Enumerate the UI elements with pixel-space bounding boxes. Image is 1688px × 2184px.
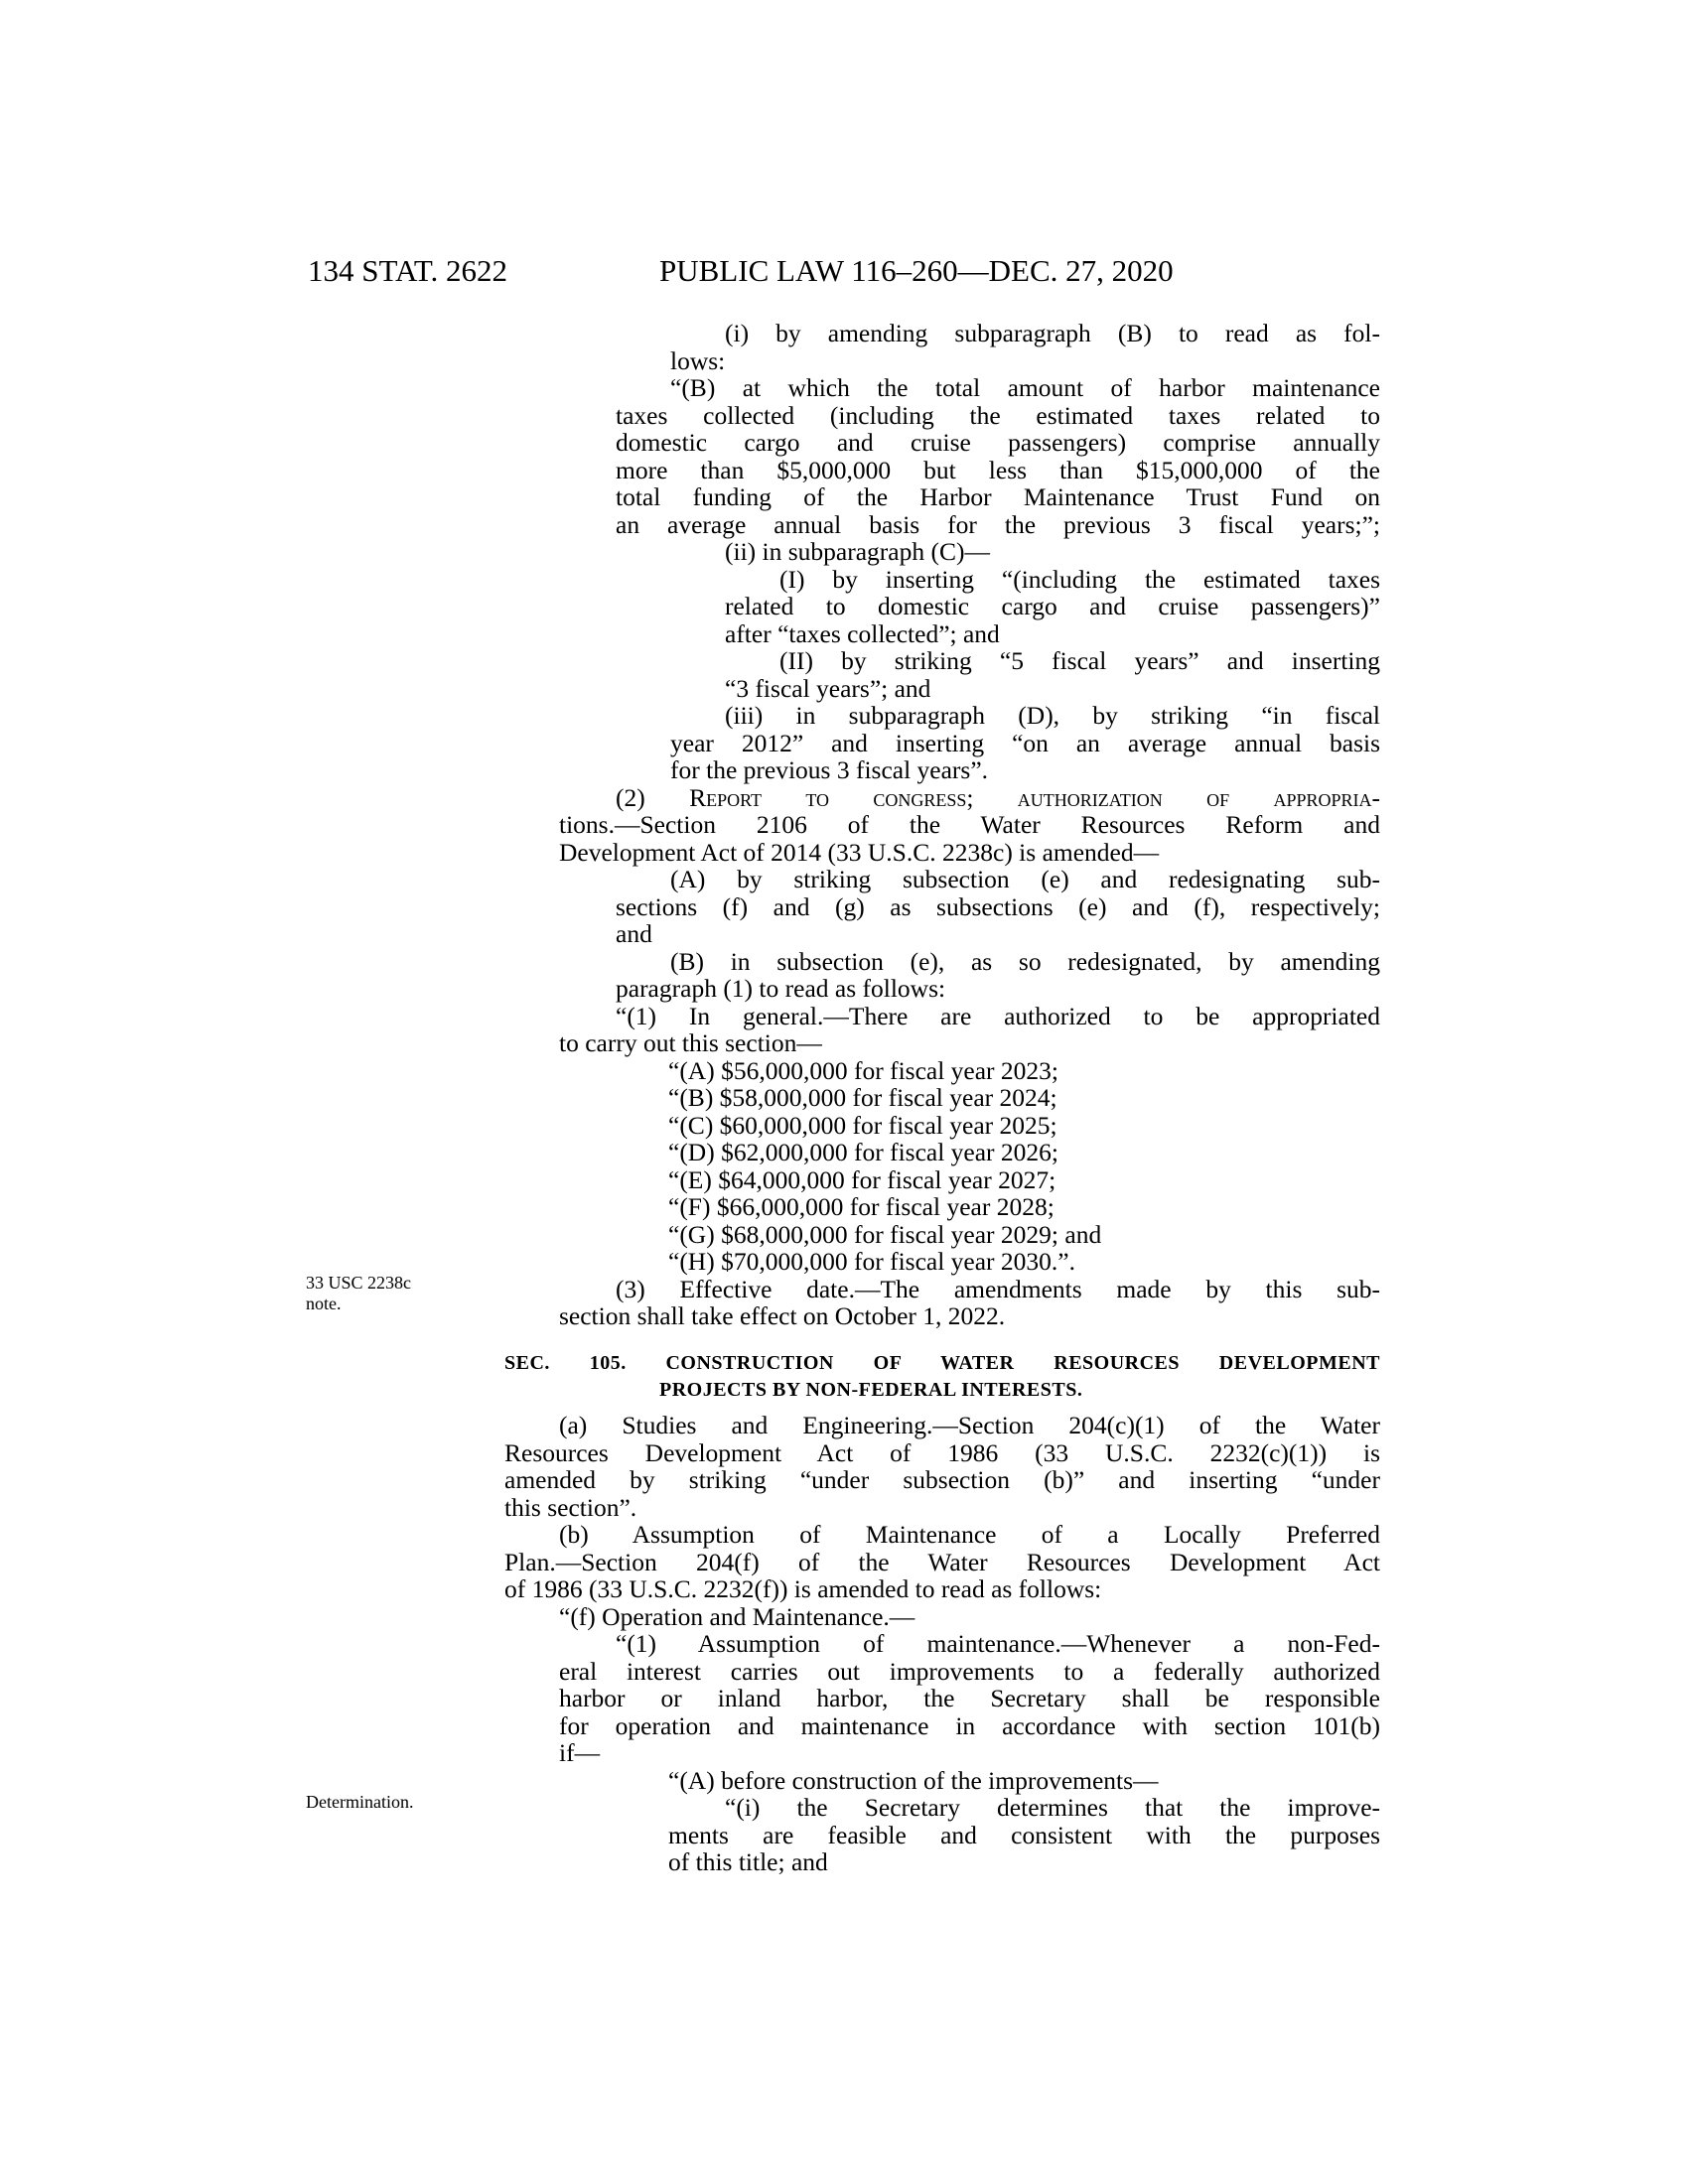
text-line: (a) Studies and Engineering.—Section 204…	[559, 1412, 1380, 1439]
section-heading-line2: PROJECTS BY NON-FEDERAL INTERESTS.	[659, 1377, 1082, 1405]
text-line: “(C) $60,000,000 for fiscal year 2025;	[668, 1112, 1057, 1140]
text-line: ments are feasible and consistent with t…	[668, 1822, 1380, 1849]
text-line: (II) by striking “5 fiscal years” and in…	[779, 647, 1380, 675]
text-line: “3 fiscal years”; and	[725, 675, 930, 703]
text-line: for operation and maintenance in accorda…	[559, 1712, 1380, 1740]
text-line: related to domestic cargo and cruise pas…	[725, 593, 1380, 620]
text-line: year 2012” and inserting “on an average …	[670, 730, 1380, 757]
text-line: Resources Development Act of 1986 (33 U.…	[504, 1439, 1380, 1467]
text-line: section shall take effect on October 1, …	[559, 1302, 1005, 1330]
text-line: Development Act of 2014 (33 U.S.C. 2238c…	[559, 839, 1159, 867]
text-line: domestic cargo and cruise passengers) co…	[616, 429, 1380, 457]
stat-page-reference: 134 STAT. 2622	[308, 254, 507, 288]
margin-note-usc: 33 USC 2238c note.	[306, 1273, 411, 1314]
text-line: amended by striking “under subsection (b…	[504, 1466, 1380, 1494]
text-line: “(H) $70,000,000 for fiscal year 2030.”.	[668, 1248, 1075, 1276]
text-line: (iii) in subparagraph (D), by striking “…	[725, 702, 1380, 730]
text-line: (I) by inserting “(including the estimat…	[779, 566, 1380, 594]
text-line: for the previous 3 fiscal years”.	[670, 756, 988, 784]
text-line: an average annual basis for the previous…	[616, 511, 1380, 539]
margin-note-determination: Determination.	[306, 1792, 413, 1813]
text-line: to carry out this section—	[559, 1029, 822, 1057]
text-line: lows:	[670, 347, 725, 375]
text-line: taxes collected (including the estimated…	[616, 402, 1380, 430]
text-line: of this title; and	[668, 1848, 828, 1876]
text-line: “(B) $58,000,000 for fiscal year 2024;	[668, 1084, 1057, 1112]
text-line: eral interest carries out improvements t…	[559, 1658, 1380, 1686]
text-line: “(D) $62,000,000 for fiscal year 2026;	[668, 1139, 1058, 1166]
text-line: (B) in subsection (e), as so redesignate…	[670, 948, 1380, 976]
text-line: Plan.—Section 204(f) of the Water Resour…	[504, 1549, 1380, 1576]
text-line: of 1986 (33 U.S.C. 2232(f)) is amended t…	[504, 1575, 1101, 1603]
text-line: “(B) at which the total amount of harbor…	[670, 374, 1380, 402]
text-line: sections (f) and (g) as subsections (e) …	[616, 893, 1380, 921]
text-line: if—	[559, 1739, 600, 1767]
text-line: “(i) the Secretary determines that the i…	[725, 1794, 1380, 1822]
text-line: (i) by amending subparagraph (B) to read…	[725, 320, 1380, 347]
text-line: “(1) Assumption of maintenance.—Whenever…	[616, 1630, 1380, 1658]
text-line: “(1) In general.—There are authorized to…	[616, 1003, 1380, 1030]
margin-note-usc-line1: 33 USC 2238c	[306, 1273, 411, 1294]
text-line: (2) Report to congress; authorization of…	[616, 784, 1380, 812]
text-line: total funding of the Harbor Maintenance …	[616, 483, 1380, 511]
text-line: paragraph (1) to read as follows:	[616, 975, 945, 1003]
text-line: this section”.	[504, 1494, 636, 1522]
text-line: “(F) $66,000,000 for fiscal year 2028;	[668, 1193, 1055, 1221]
text-line: more than $5,000,000 but less than $15,0…	[616, 457, 1380, 484]
text-line: tions.—Section 2106 of the Water Resourc…	[559, 811, 1380, 839]
text-line: “(E) $64,000,000 for fiscal year 2027;	[668, 1166, 1055, 1194]
text-line: after “taxes collected”; and	[725, 620, 1000, 648]
text-line: “(f) Operation and Maintenance.—	[559, 1603, 914, 1631]
text-line: (b) Assumption of Maintenance of a Local…	[559, 1521, 1380, 1549]
section-heading-line1: SEC. 105. CONSTRUCTION OF WATER RESOURCE…	[504, 1350, 1380, 1378]
text-line: (ii) in subparagraph (C)—	[725, 538, 990, 566]
text-line: (A) by striking subsection (e) and redes…	[670, 866, 1380, 893]
margin-note-usc-line2: note.	[306, 1294, 411, 1314]
text-line: (3) Effective date.—The amendments made …	[616, 1276, 1380, 1303]
text-line: “(A) before construction of the improvem…	[668, 1767, 1159, 1795]
text-line: “(G) $68,000,000 for fiscal year 2029; a…	[668, 1221, 1101, 1249]
public-law-title: PUBLIC LAW 116–260—DEC. 27, 2020	[659, 254, 1174, 288]
text-line: “(A) $56,000,000 for fiscal year 2023;	[668, 1057, 1058, 1085]
text-line: and	[616, 920, 652, 948]
text-line: harbor or inland harbor, the Secretary s…	[559, 1685, 1380, 1712]
